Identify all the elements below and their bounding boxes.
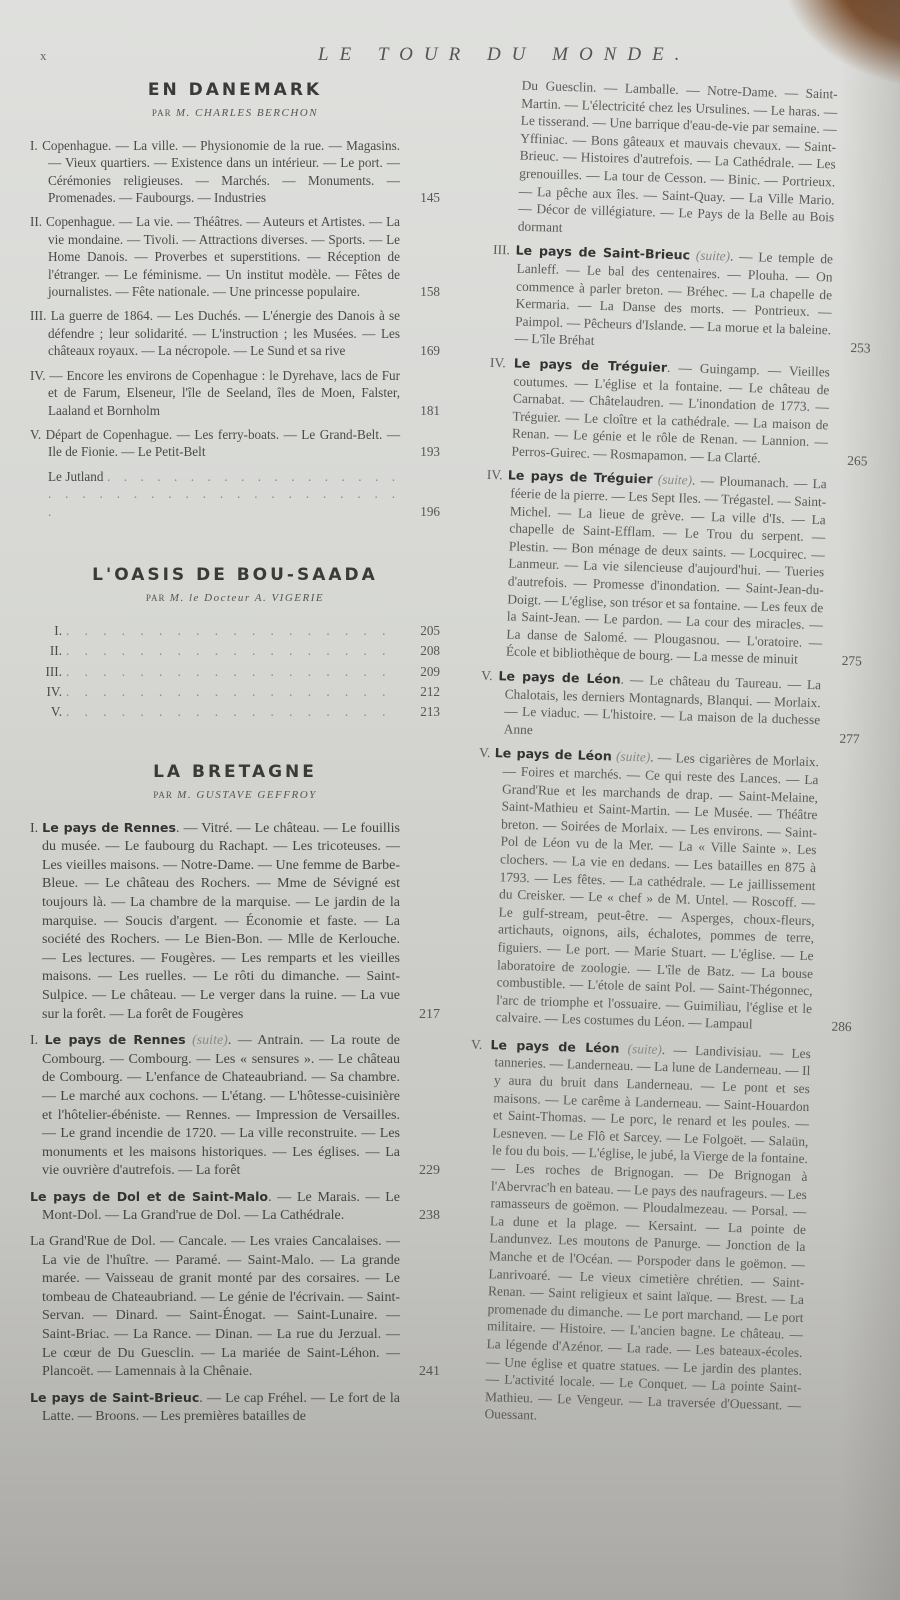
running-title: LE TOUR DU MONDE. bbox=[318, 44, 690, 66]
page-number bbox=[800, 1432, 840, 1433]
toc-entry[interactable]: Du Guesclin. — Lamballe. — Notre-Dame. —… bbox=[494, 76, 878, 245]
page-number: 241 bbox=[400, 1363, 440, 1382]
page-number: 181 bbox=[400, 402, 440, 419]
page-number: 275 bbox=[822, 652, 862, 671]
left-column: EN DANEMARK PAR M. CHARLES BERCHON I. Co… bbox=[30, 72, 440, 1434]
page-number: 253 bbox=[830, 339, 870, 358]
toc-entry[interactable]: V. Départ de Copenhague. — Les ferry-boa… bbox=[30, 426, 440, 461]
toc-entry[interactable]: V. Le pays de Léon. — Le château du Taur… bbox=[480, 667, 862, 748]
toc-entry[interactable]: Le pays de Dol et de Saint-Malo. — Le Ma… bbox=[30, 1188, 440, 1226]
page-number bbox=[833, 244, 873, 245]
page-number: 229 bbox=[400, 1162, 440, 1181]
running-head: x LE TOUR DU MONDE. bbox=[0, 44, 900, 68]
page-number: 193 bbox=[400, 443, 440, 460]
toc-entry[interactable]: IV.. . . . . . . . . . . . . . . . . . .… bbox=[30, 683, 440, 700]
page-number: 217 bbox=[400, 1006, 440, 1025]
page-number: 169 bbox=[400, 342, 440, 359]
page-folio: x bbox=[40, 48, 47, 64]
toc-entry[interactable]: IV. Le pays de Tréguier (suite). — Ploum… bbox=[482, 466, 867, 670]
toc-entry[interactable]: V. Le pays de Léon (suite). — Landivisia… bbox=[460, 1036, 851, 1434]
section-author-bou-saada: PAR M. le Docteur A. VIGERIE bbox=[30, 590, 440, 607]
toc-entry[interactable]: La Grand'Rue de Dol. — Cancale. — Les vr… bbox=[30, 1233, 440, 1382]
toc-entry[interactable]: III. La guerre de 1864. — Les Duchés. — … bbox=[30, 307, 440, 359]
toc-entry[interactable]: II.. . . . . . . . . . . . . . . . . . .… bbox=[30, 642, 440, 659]
toc-entry[interactable]: I. Copenhague. — La ville. — Physionomie… bbox=[30, 137, 440, 207]
toc-entry[interactable]: IV. — Encore les environs de Copenhague … bbox=[30, 367, 440, 419]
page-number: 265 bbox=[827, 451, 867, 470]
section-title-bretagne: LA BRETAGNE bbox=[30, 764, 440, 781]
toc-entry[interactable]: V. Le pays de Léon (suite). — Les cigari… bbox=[471, 744, 859, 1036]
toc-list-danemark: I. Copenhague. — La ville. — Physionomie… bbox=[30, 137, 440, 520]
section-author-bretagne: PAR M. GUSTAVE GEFFROY bbox=[30, 787, 440, 804]
toc-entry[interactable]: V.. . . . . . . . . . . . . . . . . . . … bbox=[30, 703, 440, 720]
toc-entry[interactable]: I.. . . . . . . . . . . . . . . . . . . … bbox=[30, 622, 440, 639]
toc-list-bretagne-continued: Du Guesclin. — Lamballe. — Notre-Dame. —… bbox=[460, 76, 877, 1433]
page-number: 158 bbox=[400, 283, 440, 300]
toc-entry[interactable]: Le pays de Saint-Brieuc. — Le cap Fréhel… bbox=[30, 1389, 440, 1427]
page-number: 238 bbox=[400, 1207, 440, 1226]
toc-list-bou-saada: I.. . . . . . . . . . . . . . . . . . . … bbox=[30, 622, 440, 721]
section-title-bou-saada: L'OASIS DE BOU-SAADA bbox=[30, 567, 440, 584]
right-column: Du Guesclin. — Lamballe. — Notre-Dame. —… bbox=[460, 76, 878, 1440]
toc-entry[interactable]: III.. . . . . . . . . . . . . . . . . . … bbox=[30, 663, 440, 680]
page-number: 196 bbox=[400, 503, 440, 520]
section-author-danemark: PAR M. CHARLES BERCHON bbox=[30, 105, 440, 122]
toc-list-bretagne: I. Le pays de Rennes. — Vitré. — Le chât… bbox=[30, 819, 440, 1427]
page-number: 277 bbox=[819, 729, 859, 748]
section-title-danemark: EN DANEMARK bbox=[30, 82, 440, 99]
toc-entry[interactable]: I. Le pays de Rennes (suite). — Antrain.… bbox=[30, 1031, 440, 1181]
page-number: 286 bbox=[811, 1017, 851, 1036]
toc-entry[interactable]: III. Le pays de Saint-Brieuc (suite). — … bbox=[490, 241, 873, 357]
toc-entry[interactable]: I. Le pays de Rennes. — Vitré. — Le chât… bbox=[30, 819, 440, 1025]
page-number: 145 bbox=[400, 189, 440, 206]
toc-entry[interactable]: IV. Le pays de Tréguier. — Guingamp. — V… bbox=[487, 354, 870, 470]
toc-entry[interactable]: II. Copenhague. — La vie. — Théâtres. — … bbox=[30, 213, 440, 300]
toc-entry[interactable]: Le Jutland . . . . . . . . . . . . . . .… bbox=[30, 468, 440, 520]
